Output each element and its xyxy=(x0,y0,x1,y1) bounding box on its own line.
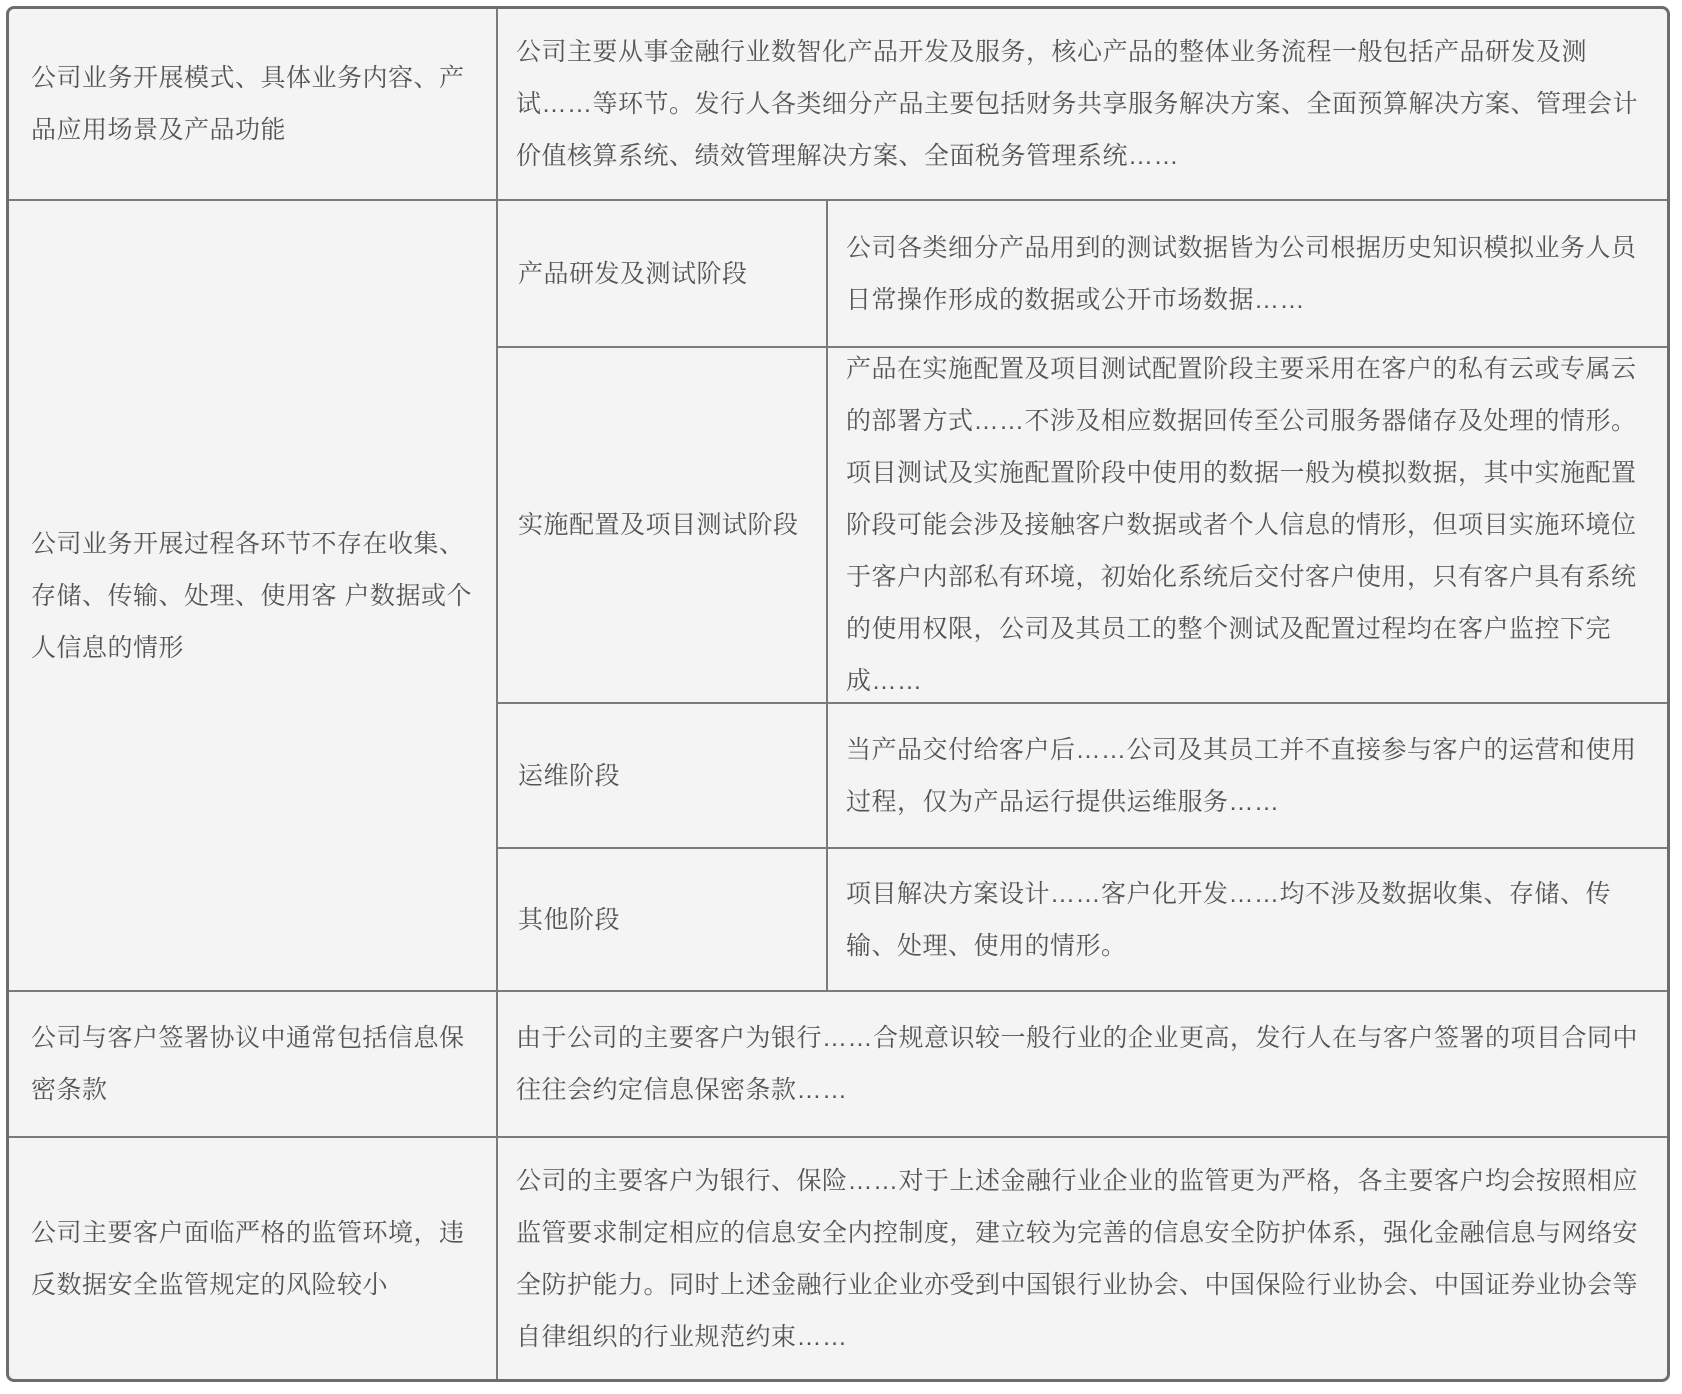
stage-content-cell: 产品在实施配置及项目测试配置阶段主要采用在客户的私有云或专属云的部署方式……不涉… xyxy=(828,348,1667,702)
row-content-text: 公司主要从事金融行业数智化产品开发及服务，核心产品的整体业务流程一般包括产品研发… xyxy=(516,26,1639,182)
row-label-text: 公司主要客户面临严格的监管环境，违反数据安全监管规定的风险较小 xyxy=(31,1207,476,1311)
stage-name-text: 实施配置及项目测试阶段 xyxy=(518,499,810,551)
row-label-text: 公司业务开展过程各环节不存在收集、存储、传输、处理、使用客 户数据或个人信息的情… xyxy=(31,518,476,674)
table-row-content: 公司的主要客户为银行、保险……对于上述金融行业企业的监管更为严格，各主要客户均会… xyxy=(498,1138,1667,1379)
row-label-text: 公司与客户签署协议中通常包括信息保密条款 xyxy=(31,1012,476,1116)
stage-name-cell: 实施配置及项目测试阶段 xyxy=(498,348,826,702)
row-content-text: 由于公司的主要客户为银行……合规意识较一般行业的企业更高，发行人在与客户签署的项… xyxy=(516,1012,1639,1116)
stage-name-text: 产品研发及测试阶段 xyxy=(518,248,810,300)
stage-content-cell: 公司各类细分产品用到的测试数据皆为公司根据历史知识模拟业务人员日常操作形成的数据… xyxy=(828,201,1667,346)
stage-content-text: 项目解决方案设计……客户化开发……均不涉及数据收集、存储、传输、处理、使用的情形… xyxy=(846,868,1639,972)
table-row-label: 公司业务开展过程各环节不存在收集、存储、传输、处理、使用客 户数据或个人信息的情… xyxy=(9,201,496,990)
table-row-content: 公司主要从事金融行业数智化产品开发及服务，核心产品的整体业务流程一般包括产品研发… xyxy=(498,9,1667,199)
stage-content-cell: 项目解决方案设计……客户化开发……均不涉及数据收集、存储、传输、处理、使用的情形… xyxy=(828,849,1667,990)
document-page: 公司业务开展模式、具体业务内容、产品应用场景及产品功能 公司主要从事金融行业数智… xyxy=(0,0,1682,1394)
disclosure-table: 公司业务开展模式、具体业务内容、产品应用场景及产品功能 公司主要从事金融行业数智… xyxy=(6,6,1670,1382)
table-row-label: 公司主要客户面临严格的监管环境，违反数据安全监管规定的风险较小 xyxy=(9,1138,496,1379)
stage-name-text: 其他阶段 xyxy=(518,894,810,946)
stage-name-cell: 产品研发及测试阶段 xyxy=(498,201,826,346)
stage-name-cell: 其他阶段 xyxy=(498,849,826,990)
stage-name-text: 运维阶段 xyxy=(518,750,810,802)
stage-name-cell: 运维阶段 xyxy=(498,704,826,847)
table-row-label: 公司业务开展模式、具体业务内容、产品应用场景及产品功能 xyxy=(9,9,496,199)
row-content-text: 公司的主要客户为银行、保险……对于上述金融行业企业的监管更为严格，各主要客户均会… xyxy=(516,1155,1639,1363)
row-label-text: 公司业务开展模式、具体业务内容、产品应用场景及产品功能 xyxy=(31,52,476,156)
table-row-label: 公司与客户签署协议中通常包括信息保密条款 xyxy=(9,992,496,1136)
stage-content-cell: 当产品交付给客户后……公司及其员工并不直接参与客户的运营和使用过程，仅为产品运行… xyxy=(828,704,1667,847)
stage-content-text: 产品在实施配置及项目测试配置阶段主要采用在客户的私有云或专属云的部署方式……不涉… xyxy=(846,348,1639,702)
stage-content-text: 当产品交付给客户后……公司及其员工并不直接参与客户的运营和使用过程，仅为产品运行… xyxy=(846,724,1639,828)
table-row-content: 由于公司的主要客户为银行……合规意识较一般行业的企业更高，发行人在与客户签署的项… xyxy=(498,992,1667,1136)
stage-content-text: 公司各类细分产品用到的测试数据皆为公司根据历史知识模拟业务人员日常操作形成的数据… xyxy=(846,222,1639,326)
